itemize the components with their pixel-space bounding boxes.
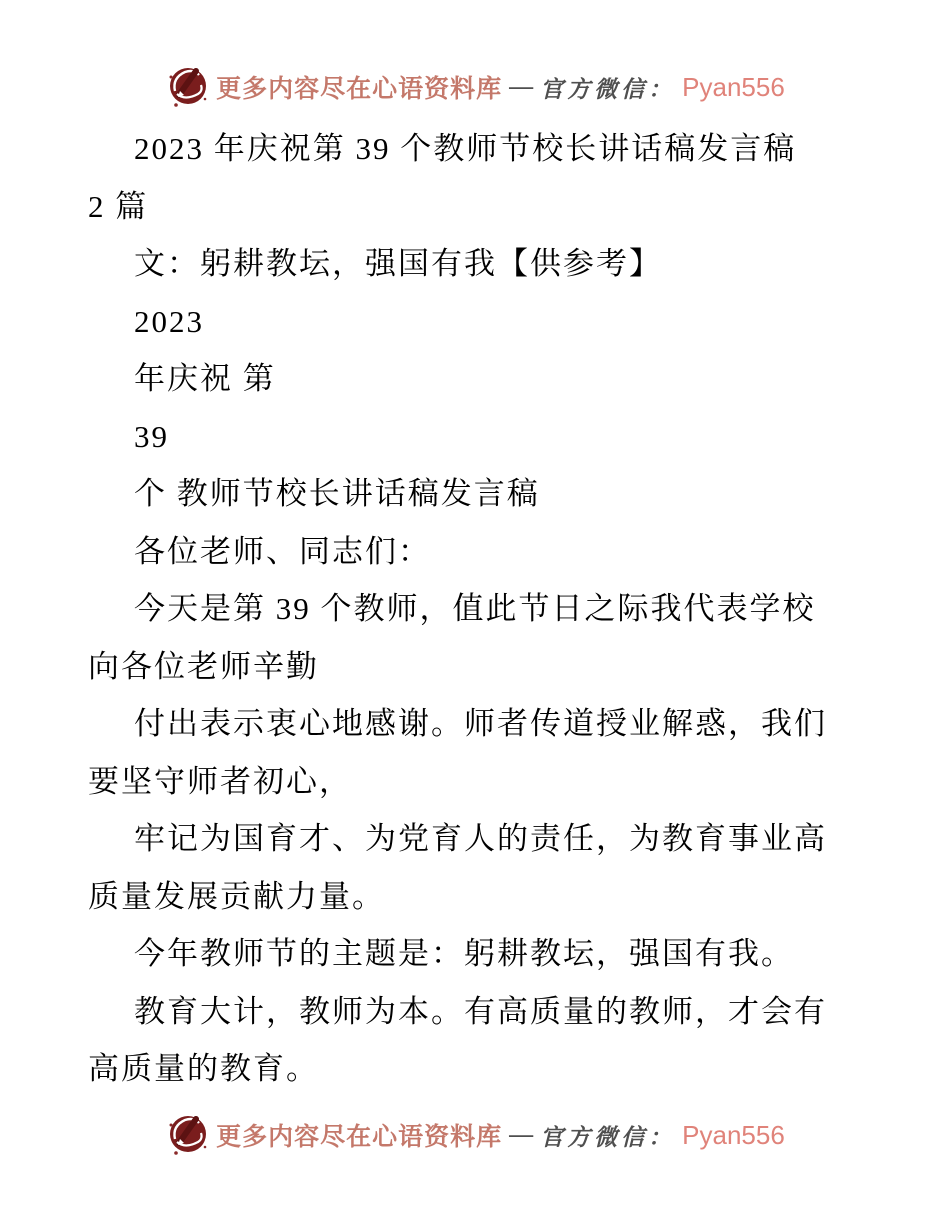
text-line: 要坚守师者初心， — [88, 753, 868, 811]
footer-watermark: 更多内容尽在心语资料库 — 官方微信： Pyan556 — [0, 1112, 950, 1158]
text-line: 教育大计，教师为本。有高质量的教师，才会有 — [88, 983, 868, 1041]
wechat-label: 官方微信： — [540, 1119, 675, 1152]
text-line: 2023 年庆祝第 39 个教师节校长讲话稿发言稿 — [88, 120, 868, 178]
text-line: 个 教师节校长讲话稿发言稿 — [88, 465, 868, 523]
brand-text: 更多内容尽在心语资料库 — [216, 1117, 502, 1153]
header-watermark: 更多内容尽在心语资料库 — 官方微信： Pyan556 — [0, 64, 950, 110]
text-line: 高质量的教育。 — [88, 1040, 868, 1098]
document-page: 更多内容尽在心语资料库 — 官方微信： Pyan556 2023 年庆祝第 39… — [0, 0, 950, 1230]
text-line: 年庆祝 第 — [88, 350, 868, 408]
separator-dash: — — [509, 1122, 533, 1149]
wechat-id: Pyan556 — [682, 1120, 785, 1151]
text-line: 向各位老师辛勤 — [88, 638, 868, 696]
text-line: 2023 — [88, 293, 868, 351]
text-line: 今年教师节的主题是：躬耕教坛，强国有我。 — [88, 925, 868, 983]
wechat-label: 官方微信： — [540, 71, 675, 104]
separator-dash: — — [509, 74, 533, 101]
text-line: 付出表示衷心地感谢。师者传道授业解惑，我们 — [88, 695, 868, 753]
text-line: 2 篇 — [88, 178, 868, 236]
wechat-id: Pyan556 — [682, 72, 785, 103]
text-line: 牢记为国育才、为党育人的责任，为教育事业高 — [88, 810, 868, 868]
text-line: 文：躬耕教坛，强国有我【供参考】 — [88, 235, 868, 293]
brand-text: 更多内容尽在心语资料库 — [216, 69, 502, 105]
text-line: 质量发展贡献力量。 — [88, 868, 868, 926]
xinyu-brand-logo-icon — [165, 64, 209, 110]
xinyu-brand-logo-icon — [165, 1112, 209, 1158]
text-line: 今天是第 39 个教师，值此节日之际我代表学校 — [88, 580, 868, 638]
text-line: 各位老师、同志们： — [88, 523, 868, 581]
text-line: 39 — [88, 408, 868, 466]
document-body: 2023 年庆祝第 39 个教师节校长讲话稿发言稿2 篇文：躬耕教坛，强国有我【… — [88, 120, 868, 1098]
